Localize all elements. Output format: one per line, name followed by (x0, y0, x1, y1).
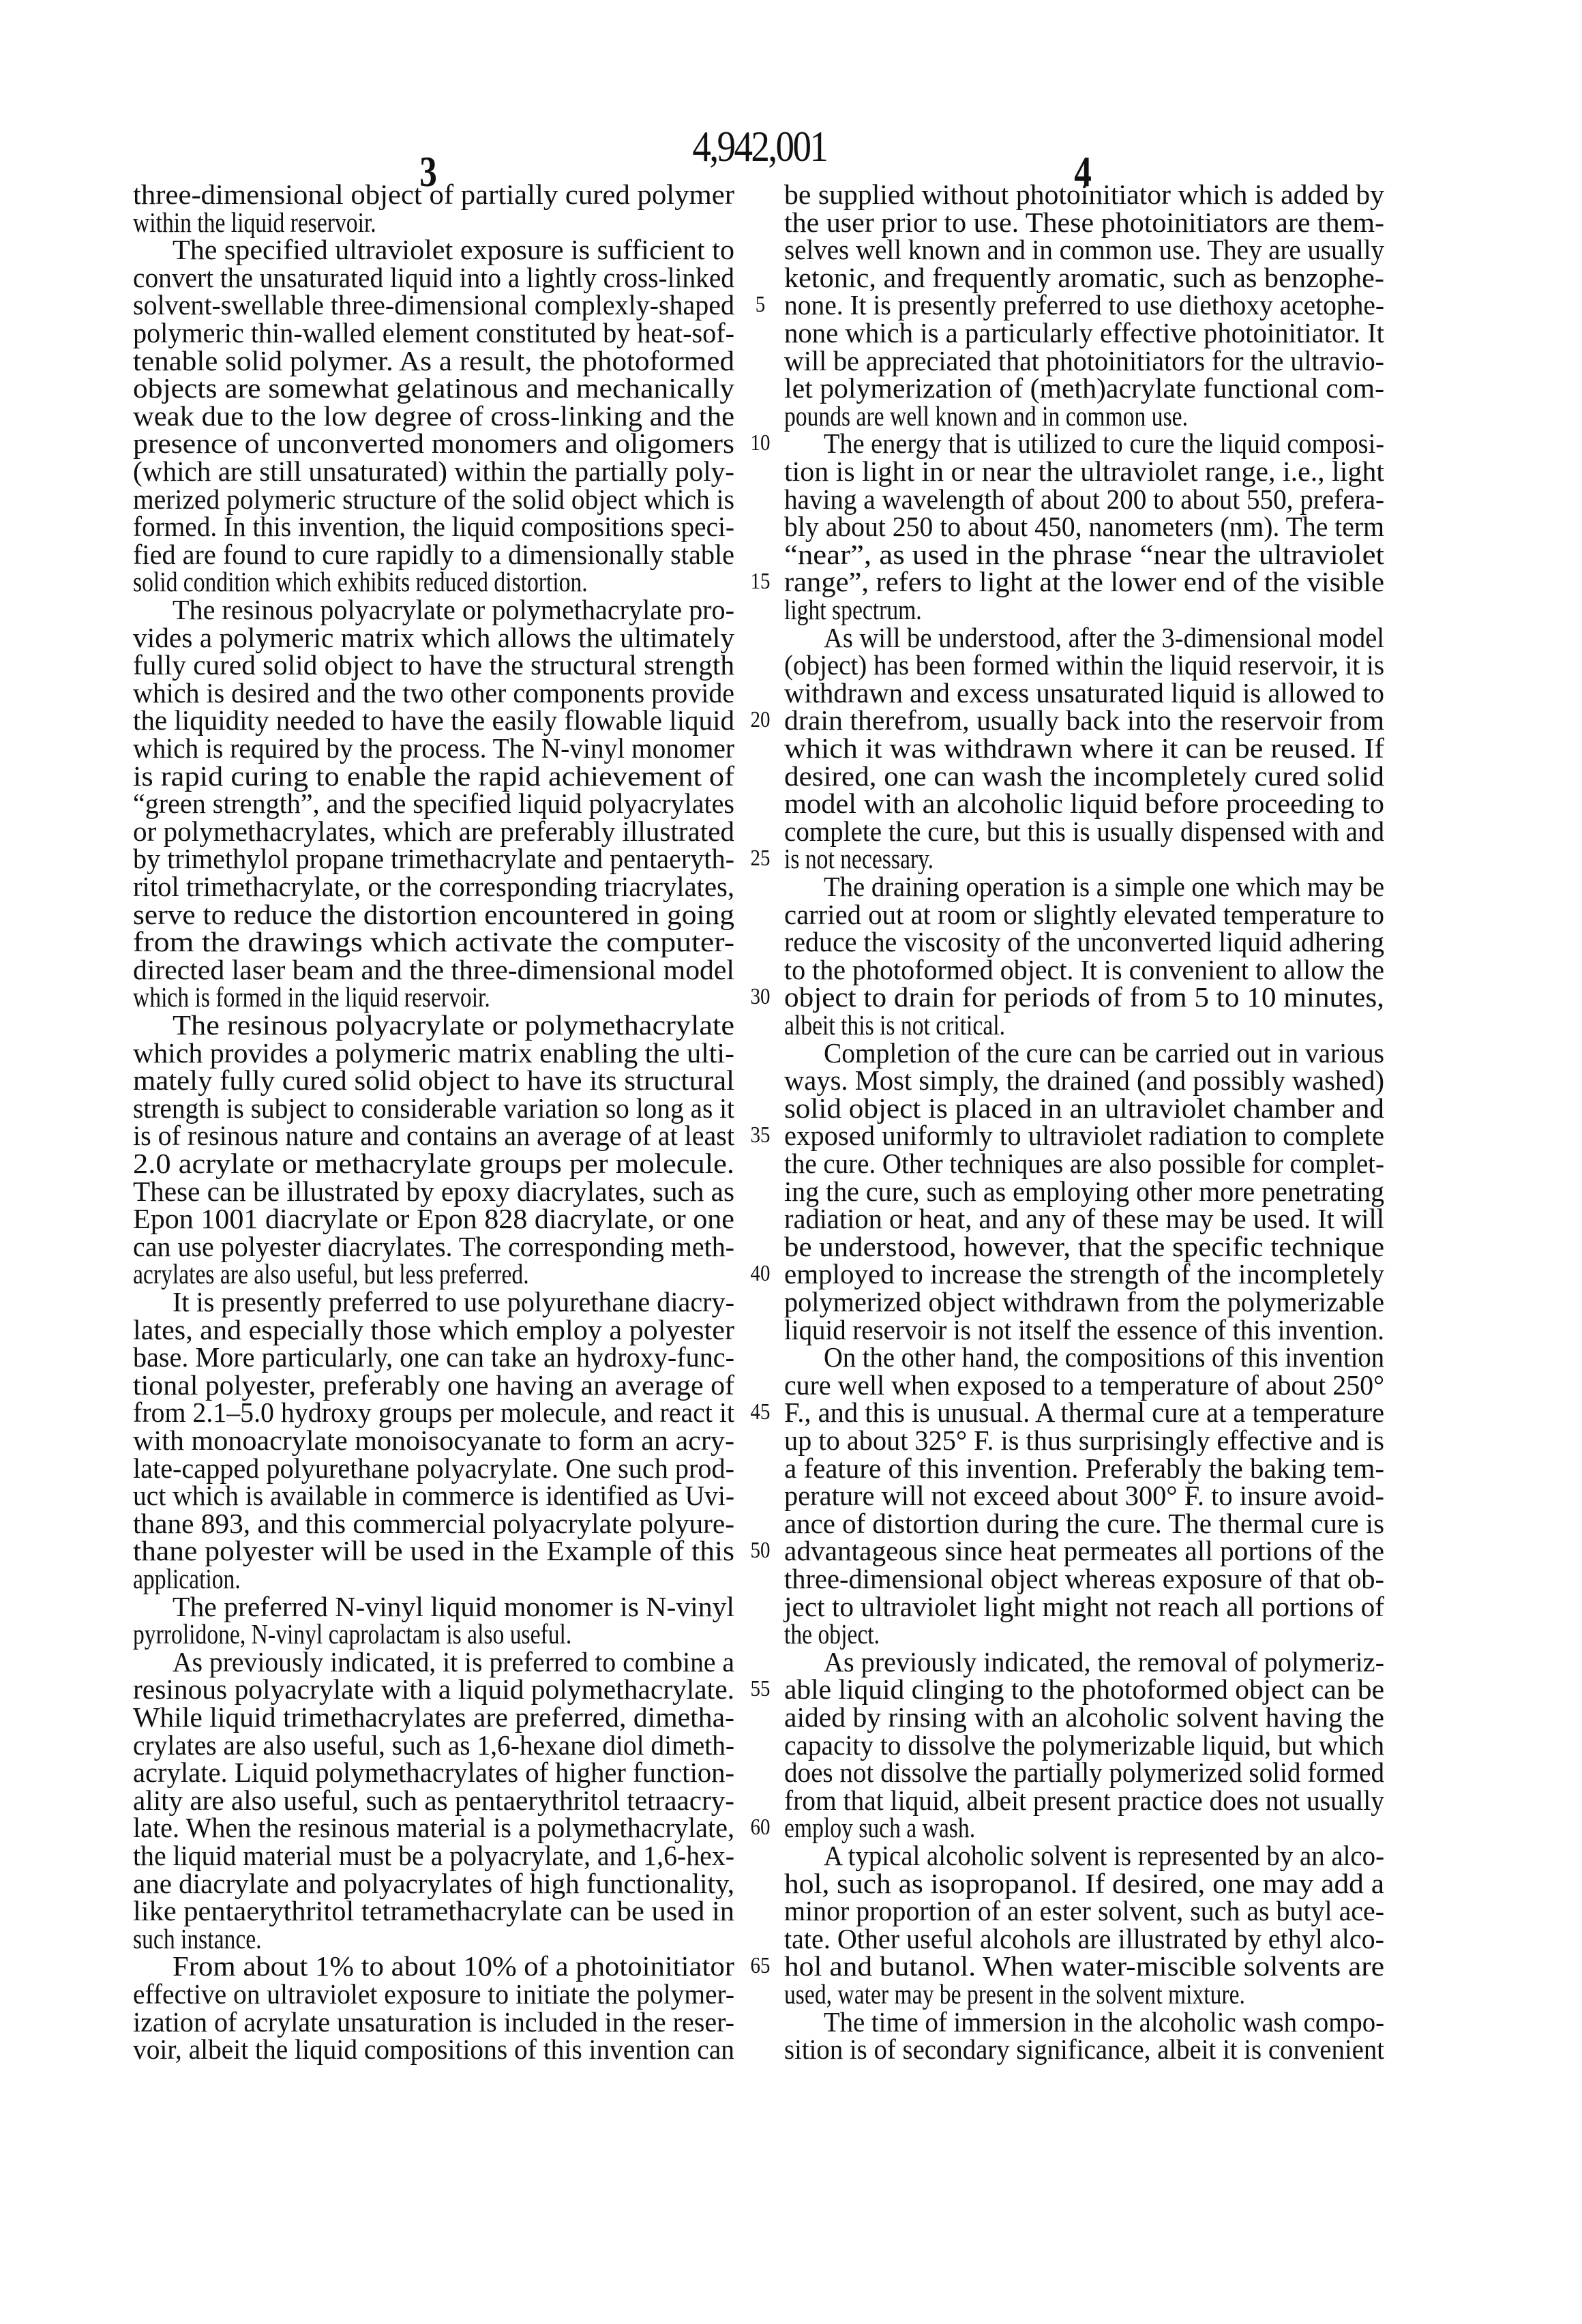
text-line: minor proportion of an ester solvent, su… (784, 1897, 1401, 1924)
text-line: (object) has been formed within the liqu… (784, 651, 1415, 679)
line-number: 5 (743, 291, 778, 318)
text-line: From about 1% to about 10% of a photoini… (173, 1952, 711, 1980)
text-line: effective on ultraviolet exposure to ini… (133, 1980, 758, 2008)
text-line: mately fully cured solid object to have … (133, 1067, 709, 1094)
text-line: which is desired and the two other compo… (133, 679, 751, 706)
text-line: “near”, as used in the phrase “near the … (784, 541, 1333, 568)
text-line: is not necessary. (784, 845, 966, 872)
text-line: employ such a wash. (784, 1814, 1017, 1841)
text-line: acrylate. Liquid polymethacrylates of hi… (133, 1759, 740, 1786)
text-line: carried out at room or slightly elevated… (784, 901, 1388, 928)
text-line: object to drain for periods of from 5 to… (784, 983, 1354, 1011)
text-line: drain therefrom, usually back into the r… (784, 706, 1373, 734)
text-line: the object. (784, 1620, 901, 1648)
text-line: ance of distortion during the cure. The … (784, 1510, 1386, 1537)
text-line: having a wavelength of about 200 to abou… (784, 486, 1413, 513)
text-line: be understood, however, that the specifi… (784, 1233, 1358, 1260)
text-line: does not dissolve the partially polymeri… (784, 1759, 1414, 1786)
text-line: is rapid curing to enable the rapid achi… (133, 762, 687, 790)
text-line: will be appreciated that photoinitiators… (784, 347, 1400, 374)
text-line: objects are somewhat gelatinous and mech… (133, 374, 699, 402)
text-line: “green strength”, and the specified liqu… (133, 790, 749, 817)
text-line: able liquid clinging to the photoformed … (784, 1675, 1377, 1703)
text-line: the user prior to use. These photoinitia… (784, 209, 1370, 236)
text-line: pounds are well known and in common use. (784, 402, 1277, 430)
text-line: fied are found to cure rapidly to a dime… (133, 541, 745, 568)
line-number: 20 (743, 706, 778, 734)
text-line: from that liquid, albeit present practic… (784, 1787, 1407, 1814)
text-line: none which is a particularly effective p… (784, 319, 1388, 346)
line-number: 45 (743, 1399, 778, 1426)
text-line: none. It is presently preferred to use d… (784, 291, 1407, 318)
text-line: tion is light in or near the ultraviolet… (784, 458, 1371, 485)
text-line: exposed uniformly to ultraviolet radiati… (784, 1122, 1390, 1149)
text-line: acrylates are also useful, but less pref… (133, 1260, 616, 1287)
text-line: hol, such as isopropanol. If desired, on… (784, 1870, 1351, 1897)
text-line: a feature of this invention. Preferably … (784, 1455, 1384, 1482)
text-line: three-dimensional object of partially cu… (133, 181, 710, 208)
text-line: bly about 250 to about 450, nanometers (… (784, 513, 1404, 540)
text-line: aided by rinsing with an alcoholic solve… (784, 1703, 1376, 1731)
text-line: The resinous polyacrylate or polymethacr… (173, 596, 746, 623)
text-line: selves well known and in common use. The… (784, 236, 1416, 263)
text-line: complete the cure, but this is usually d… (784, 818, 1415, 845)
text-line: can use polyester diacrylates. The corre… (133, 1233, 749, 1260)
text-line: merized polymeric structure of the solid… (133, 486, 757, 513)
line-number: 30 (743, 983, 778, 1011)
text-line: uct which is available in commerce is id… (133, 1482, 756, 1509)
text-line: desired, one can wash the incompletely c… (784, 762, 1354, 790)
text-line: which is required by the process. The N-… (133, 734, 759, 762)
text-line: thane 893, and this commercial polyacryl… (133, 1510, 730, 1537)
text-line: ization of acrylate unsaturation is incl… (133, 2008, 749, 2036)
text-line: solid condition which exhibits reduced d… (133, 568, 687, 595)
text-line: be supplied without photoinitiator which… (784, 181, 1373, 208)
line-number: 65 (743, 1952, 778, 1980)
text-line: within the liquid reservoir. (133, 209, 430, 236)
text-line: employed to increase the strength of the… (784, 1260, 1384, 1287)
text-line: A typical alcoholic solvent is represent… (824, 1842, 1416, 1869)
patent-number: 4,942,001 (692, 121, 821, 172)
text-line: The energy that is utilized to cure the … (824, 430, 1423, 457)
text-line: which provides a polymeric matrix enabli… (133, 1039, 722, 1067)
text-line: range”, refers to light at the lower end… (784, 568, 1362, 595)
text-line: application. (133, 1565, 264, 1592)
text-line: to the photoformed object. It is conveni… (784, 956, 1399, 983)
text-line: formed. In this invention, the liquid co… (133, 513, 761, 540)
text-line: vides a polymeric matrix which allows th… (133, 624, 728, 651)
text-line: The time of immersion in the alcoholic w… (824, 2008, 1417, 2036)
text-line: lates, and especially those which employ… (133, 1316, 718, 1343)
text-line: Completion of the cure can be carried ou… (824, 1039, 1407, 1067)
text-line: ject to ultraviolet light might not reac… (784, 1593, 1379, 1620)
text-line: ketonic, and frequently aromatic, such a… (784, 264, 1367, 291)
text-line: The preferred N-vinyl liquid monomer is … (173, 1593, 726, 1620)
text-line: polymerized object withdrawn from the po… (784, 1288, 1395, 1315)
text-line: the liquidity needed to have the easily … (133, 706, 734, 734)
text-line: tional polyester, preferably one having … (133, 1371, 722, 1399)
text-line: cure well when exposed to a temperature … (784, 1371, 1402, 1399)
text-line: As previously indicated, the removal of … (824, 1648, 1396, 1675)
line-number: 50 (743, 1537, 778, 1564)
text-line: light spectrum. (784, 596, 952, 623)
text-line: which is formed in the liquid reservoir. (133, 983, 569, 1011)
text-line: capacity to dissolve the polymerizable l… (784, 1731, 1410, 1759)
text-line: directed laser beam and the three-dimens… (133, 956, 725, 983)
text-line: is of resinous nature and contains an av… (133, 1122, 749, 1149)
text-line: up to about 325° F. is thus surprisingly… (784, 1427, 1394, 1454)
text-line: base. More particularly, one can take an… (133, 1343, 747, 1371)
text-line: fully cured solid object to have the str… (133, 651, 731, 679)
text-line: the cure. Other techniques are also poss… (784, 1150, 1416, 1177)
text-line: or polymethacrylates, which are preferab… (133, 818, 732, 845)
text-line: The specified ultraviolet exposure is su… (173, 236, 720, 263)
text-line: radiation or heat, and any of these may … (784, 1205, 1392, 1232)
text-line: Epon 1001 diacrylate or Epon 828 diacryl… (133, 1205, 719, 1232)
text-line: perature will not exceed about 300° F. t… (784, 1482, 1392, 1509)
text-line: serve to reduce the distortion encounter… (133, 901, 700, 928)
text-line: tenable solid polymer. As a result, the … (133, 347, 705, 374)
text-line: from 2.1–5.0 hydroxy groups per molecule… (133, 1399, 751, 1426)
text-line: withdrawn and excess unsaturated liquid … (784, 679, 1389, 706)
line-number: 35 (743, 1122, 778, 1149)
text-line: The draining operation is a simple one w… (824, 873, 1418, 900)
text-line: used, water may be present in the solven… (784, 1980, 1346, 2008)
line-number: 25 (743, 845, 778, 872)
text-line: As will be understood, after the 3-dimen… (824, 624, 1420, 651)
text-line: like pentaerythritol tetramethacrylate c… (133, 1897, 714, 1924)
text-line: convert the unsaturated liquid into a li… (133, 264, 760, 291)
text-line: F., and this is unusual. A thermal cure … (784, 1399, 1392, 1426)
text-line: The resinous polyacrylate or polymethacr… (173, 1011, 693, 1039)
text-line: late. When the resinous material is a po… (133, 1814, 747, 1841)
text-line: resinous polyacrylate with a liquid poly… (133, 1675, 728, 1703)
text-line: ing the cure, such as employing other mo… (784, 1178, 1400, 1205)
text-line: ality are also useful, such as pentaeryt… (133, 1787, 732, 1814)
text-line: It is presently preferred to use polyure… (173, 1288, 746, 1315)
text-line: solvent-swellable three-dimensional comp… (133, 291, 749, 318)
text-line: crylates are also useful, such as 1,6-he… (133, 1731, 759, 1759)
line-number: 60 (743, 1814, 778, 1841)
text-line: late-capped polyurethane polyacrylate. O… (133, 1455, 746, 1482)
line-number: 55 (743, 1675, 778, 1703)
text-line: While liquid trimethacrylates are prefer… (133, 1703, 724, 1731)
text-line: polymeric thin-walled element constitute… (133, 319, 747, 346)
text-line: sition is of secondary significance, alb… (784, 2036, 1418, 2063)
text-line: reduce the viscosity of the unconverted … (784, 928, 1400, 955)
text-line: presence of unconverted monomers and oli… (133, 430, 698, 457)
text-line: thane polyester will be used in the Exam… (133, 1537, 699, 1564)
text-line: (which are still unsaturated) within the… (133, 458, 732, 485)
line-number: 15 (743, 568, 778, 595)
line-number: 40 (743, 1260, 778, 1287)
text-line: hol and butanol. When water-miscible sol… (784, 1952, 1351, 1980)
text-line: albeit this is not critical. (784, 1011, 1054, 1039)
text-line: such instance. (133, 1925, 290, 1952)
line-number: 10 (743, 430, 778, 457)
text-line: with monoacrylate monoisocyanate to form… (133, 1427, 718, 1454)
text-line: ane diacrylate and polyacrylates of high… (133, 1870, 734, 1897)
text-line: weak due to the low degree of cross-link… (133, 402, 711, 430)
text-line: pyrrolidone, N-vinyl caprolactam is also… (133, 1620, 668, 1648)
text-line: which it was withdrawn where it can be r… (784, 734, 1341, 762)
text-line: model with an alcoholic liquid before pr… (784, 790, 1364, 817)
text-line: solid object is placed in an ultraviolet… (784, 1094, 1354, 1122)
text-line: ritol trimethacrylate, or the correspond… (133, 873, 739, 900)
text-line: These can be illustrated by epoxy diacry… (133, 1178, 732, 1205)
text-line: from the drawings which activate the com… (133, 928, 670, 955)
text-line: advantageous since heat permeates all po… (784, 1537, 1379, 1564)
text-line: ways. Most simply, the drained (and poss… (784, 1067, 1390, 1094)
text-line: On the other hand, the compositions of t… (824, 1343, 1419, 1371)
text-line: As previously indicated, it is preferred… (173, 1648, 754, 1675)
text-line: voir, albeit the liquid compositions of … (133, 2036, 758, 2063)
text-line: the liquid material must be a polyacryla… (133, 1842, 753, 1869)
text-line: strength is subject to considerable vari… (133, 1094, 760, 1122)
text-line: liquid reservoir is not itself the essen… (784, 1316, 1418, 1343)
text-line: 2.0 acrylate or methacrylate groups per … (133, 1150, 687, 1177)
text-line: by trimethylol propane trimethacrylate a… (133, 845, 747, 872)
text-line: three-dimensional object whereas exposur… (784, 1565, 1391, 1592)
text-line: let polymerization of (meth)acrylate fun… (784, 374, 1373, 402)
text-line: tate. Other useful alcohols are illustra… (784, 1925, 1399, 1952)
